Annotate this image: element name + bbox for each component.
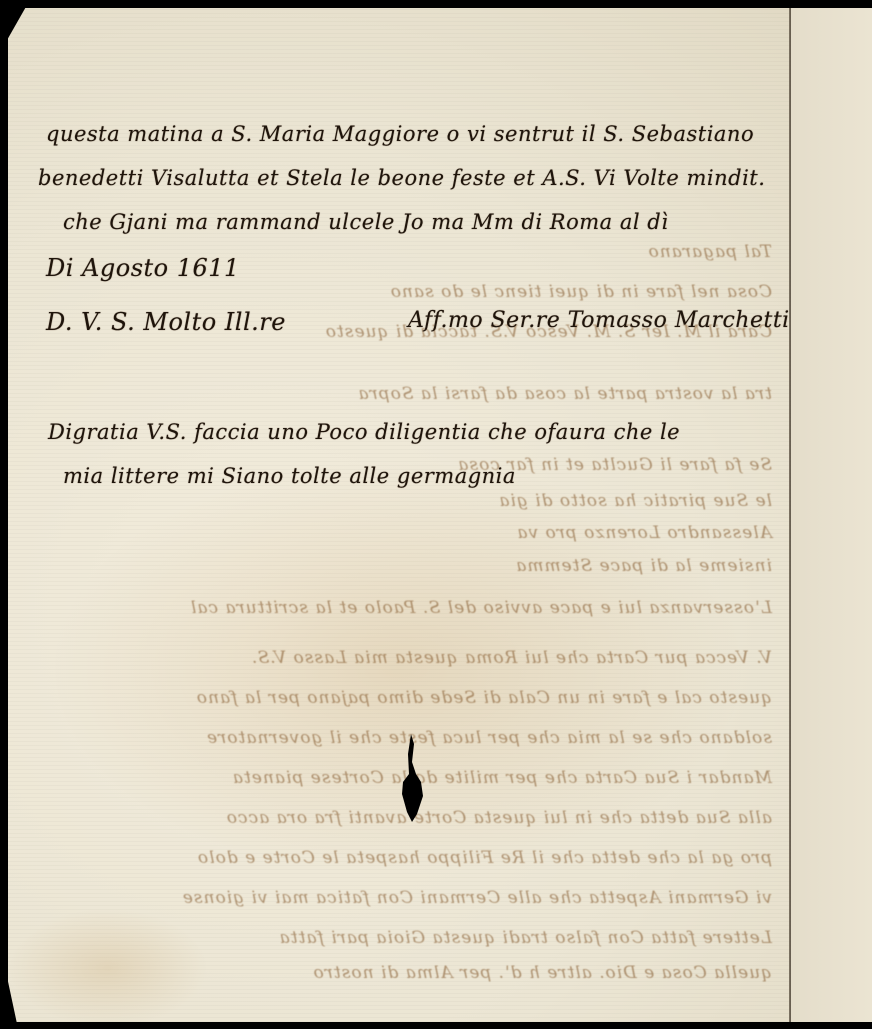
bleed-line: questo cal e fare in un Cala di Sede dim… <box>53 688 772 708</box>
bleed-line: vi Germani Aspetta che alle Cermani Con … <box>53 888 772 908</box>
bleed-line: L'osservanza lui e pace avviso del S. Pa… <box>53 598 772 618</box>
bleed-line: tra la vostra parte la cosa da farsi la … <box>53 384 772 404</box>
bleed-line: Cosa nel fare in di quei tienc le do san… <box>53 282 772 302</box>
bleed-line: Alessandro Lorenzo pro va <box>53 523 772 543</box>
bleed-line: quella Cosa e Dio. altre h d'. per Alma … <box>208 963 772 983</box>
paper-hole <box>399 734 427 824</box>
letter-postscript-line: mia littere mi Siano tolte alle germagni… <box>63 464 516 488</box>
letter-signature: Aff.mo Ser.re Tomasso Marchetti <box>408 308 790 333</box>
bleed-line: insieme la di pace Stemma <box>53 556 772 576</box>
letter-line: questa matina a S. Maria Maggiore o vi s… <box>46 122 754 146</box>
age-stain <box>8 908 208 1028</box>
letter-line: benedetti Visalutta et Stela le beone fe… <box>38 166 765 190</box>
right-fold-panel <box>791 8 872 1022</box>
letter-salutation: D. V. S. Molto Ill.re <box>46 308 286 336</box>
bleed-line: V. Vecca pur Carta che lui Roma questa m… <box>53 648 772 668</box>
bleed-line: Lettere fatta Con falso tradi questa Gio… <box>53 928 772 948</box>
letter-line: che Gjani ma rammand ulcele Jo ma Mm di … <box>63 210 668 234</box>
bleed-line: pro ga la che detta che il Re Filippo ha… <box>53 848 772 868</box>
manuscript-sheet: Tal pagarano Cosa nel fare in di quei ti… <box>8 8 872 1022</box>
letter-date: Di Agosto 1611 <box>46 254 240 282</box>
bleed-line: le Sue piratic ha sotto di gia <box>53 491 772 511</box>
letter-postscript-line: Digratia V.S. faccia uno Poco diligentia… <box>48 420 680 444</box>
fold-line <box>789 8 791 1022</box>
bleed-line: Tal pagarano <box>438 242 772 262</box>
